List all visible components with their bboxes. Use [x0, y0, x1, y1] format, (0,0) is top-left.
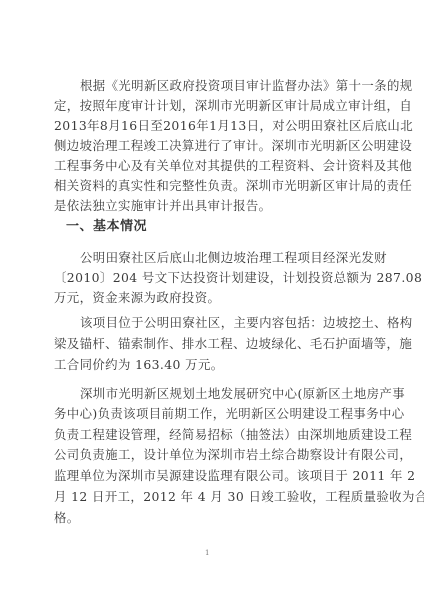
paragraph-1-line-4: 侧边坡治理工程竣工决算进行了审计。深圳市光明新区公明建设 [54, 136, 372, 155]
paragraph-1-line-5: 工程事务中心及有关单位对其提供的工程资料、会计资料及其他 [54, 156, 372, 175]
section-paragraph-3-line-7: 格。 [54, 508, 372, 527]
paragraph-1-line-1: 根据《光明新区政府投资项目审计监督办法》第十一条的规 [80, 76, 372, 95]
section-paragraph-3-line-6: 月 12 日开工，2012 年 4 月 30 日竣工验收，工程质量验收为合 [54, 487, 372, 506]
section-paragraph-1-line-2: 〔2010〕204 号文下达投资计划建设，计划投资总额为 287.08 [54, 268, 372, 287]
section-paragraph-3-line-5: 监理单位为深圳市吴源建设监理有限公司。该项目于 2011 年 2 [54, 466, 372, 485]
page-number: 1 [205, 549, 209, 557]
section-paragraph-2-line-1: 该项目位于公明田寮社区，主要内容包括：边坡挖土、格构 [80, 313, 372, 332]
paragraph-1-line-7: 是依法独立实施审计并出具审计报告。 [54, 196, 372, 215]
section-paragraph-3-line-4: 公司负责施工，设计单位为深圳市岩土综合勘察设计有限公司， [54, 445, 372, 464]
section-paragraph-3-line-1: 深圳市光明新区规划土地发展研究中心(原新区土地房产事 [80, 384, 372, 403]
document-page: 根据《光明新区政府投资项目审计监督办法》第十一条的规 定，按照年度审计计划，深圳… [0, 0, 424, 600]
section-paragraph-2-line-2: 梁及锚杆、锚索制作、排水工程、边坡绿化、毛石护面墙等，施 [54, 334, 372, 353]
section-paragraph-3-line-2: 务中心)负责该项目前期工作，光明新区公明建设工程事务中心 [54, 404, 372, 423]
paragraph-1-line-6: 相关资料的真实性和完整性负责。深圳市光明新区审计局的责任 [54, 176, 372, 195]
section-paragraph-3-line-3: 负责工程建设管理，经简易招标（抽签法）由深圳地质建设工程 [54, 425, 372, 444]
section-heading: 一、基本情况 [66, 217, 147, 236]
paragraph-1-line-2: 定，按照年度审计计划，深圳市光明新区审计局成立审计组，自 [54, 96, 372, 115]
section-paragraph-2-line-3: 工合同价约为 163.40 万元。 [54, 355, 372, 374]
section-paragraph-1-line-1: 公明田寮社区后底山北侧边坡治理工程项目经深光发财 [80, 248, 372, 267]
section-paragraph-1-line-3: 万元，资金来源为政府投资。 [54, 288, 372, 307]
paragraph-1-line-3: 2013年8月16日至2016年1月13日，对公明田寮社区后底山北 [54, 116, 372, 135]
